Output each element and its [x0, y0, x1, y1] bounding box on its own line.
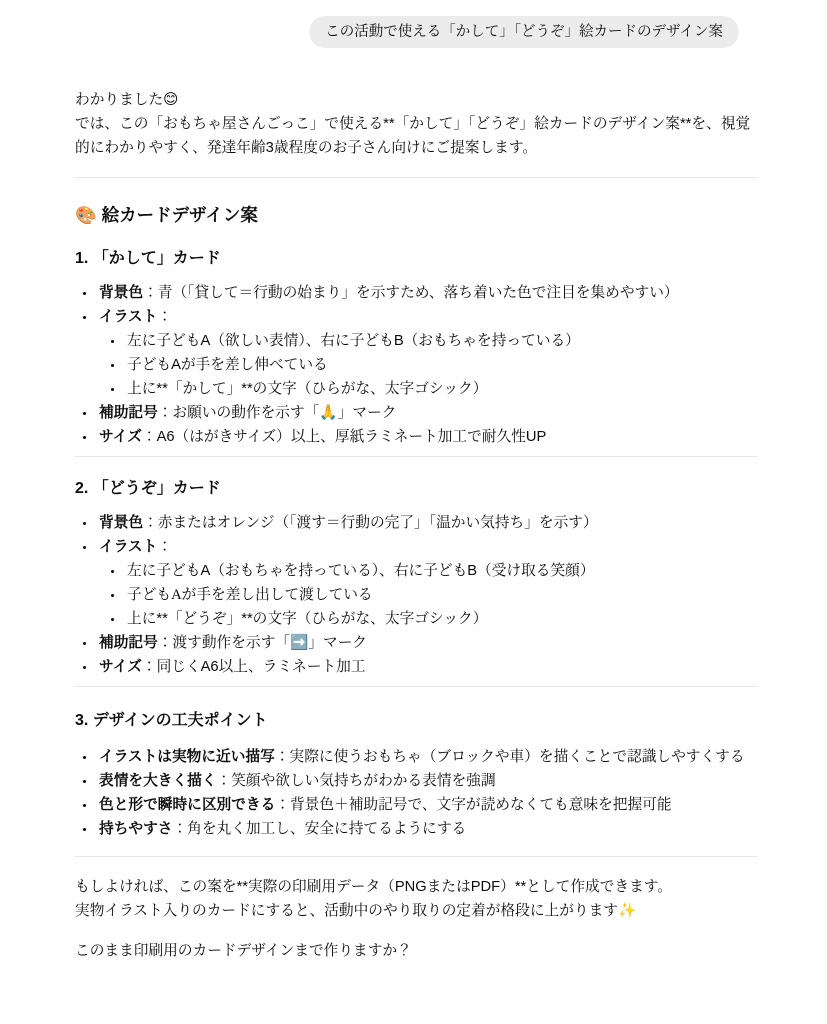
bullet-text: ：赤またはオレンジ（「渡す＝行動の完了」「温かい気持ち」を示す）	[143, 515, 598, 531]
list-item: 子どもAが手を差し伸べている	[124, 354, 757, 376]
bullet-text: ：渡す動作を示す「➡️」マーク	[158, 635, 367, 651]
list-item: 持ちやすさ：角を丸く加工し、安全に持てるようにする	[96, 818, 757, 840]
list-item: 補助記号：渡す動作を示す「➡️」マーク	[96, 632, 757, 654]
list-item: イラストは実物に近い描写：実際に使うおもちゃ（ブロックや車）を描くことで認識しや…	[96, 746, 757, 768]
bullet-text: ：笑顔や欲しい気持ちがわかる表情を強調	[217, 773, 496, 789]
intro-line-1: わかりました😊	[75, 92, 178, 108]
bullet-text: ：	[157, 539, 172, 555]
bullet-text: ：角を丸く加工し、安全に持てるようにする	[172, 821, 466, 837]
bullet-text: ：同じくA6以上、ラミネート加工	[142, 659, 366, 675]
chat-conversation-page: この活動で使える「かして」「どうぞ」絵カードのデザイン案 わかりました😊 では、…	[0, 0, 827, 1024]
bullet-label: 色と形で瞬時に区別できる	[99, 797, 275, 813]
section-2-heading: 2. 「どうぞ」カード	[75, 477, 757, 500]
divider	[75, 456, 757, 457]
closing-question: このまま印刷用のカードデザインまで作りますか？	[75, 939, 757, 963]
list-item: 子どもAが手を差し出して渡している	[124, 584, 757, 606]
list-item: 背景色：赤またはオレンジ（「渡す＝行動の完了」「温かい気持ち」を示す）	[96, 512, 757, 534]
bullet-text: ：実際に使うおもちゃ（ブロックや車）を描くことで認識しやすくする	[275, 749, 745, 765]
closing-line-1: もしよければ、この案を**実際の印刷用データ（PNGまたはPDF）**として作成…	[75, 879, 672, 895]
bullet-label: サイズ	[99, 429, 142, 445]
list-item: 補助記号：お願いの動作を示す「🙏」マーク	[96, 402, 757, 424]
bullet-label: イラスト	[99, 309, 157, 325]
assistant-message: わかりました😊 では、この「おもちゃ屋さんごっこ」で使える**「かして」「どうぞ…	[75, 88, 757, 963]
closing-paragraph: もしよければ、この案を**実際の印刷用データ（PNGまたはPDF）**として作成…	[75, 875, 757, 923]
intro-paragraph: わかりました😊 では、この「おもちゃ屋さんごっこ」で使える**「かして」「どうぞ…	[75, 88, 757, 160]
closing-line-2: 実物イラスト入りのカードにすると、活動中のやり取りの定着が格段に上がります✨	[75, 903, 636, 919]
divider	[75, 177, 757, 178]
divider	[75, 856, 757, 857]
user-message-bubble: この活動で使える「かして」「どうぞ」絵カードのデザイン案	[309, 16, 739, 48]
list-item: 表情を大きく描く：笑顔や欲しい気持ちがわかる表情を強調	[96, 770, 757, 792]
bullet-text: ：A6（はがきサイズ）以上、厚紙ラミネート加工で耐久性UP	[142, 429, 546, 445]
bullet-label: 表情を大きく描く	[99, 773, 217, 789]
section-1-heading: 1. 「かして」カード	[75, 247, 757, 270]
divider	[75, 686, 757, 687]
bullet-text: ：青（「貸して＝行動の始まり」を示すため、落ち着いた色で注目を集めやすい）	[143, 285, 679, 301]
list-item: 上に**「どうぞ」**の文字（ひらがな、太字ゴシック）	[124, 608, 757, 630]
section-1-list: 背景色：青（「貸して＝行動の始まり」を示すため、落ち着いた色で注目を集めやすい）…	[75, 282, 757, 448]
list-item: サイズ：A6（はがきサイズ）以上、厚紙ラミネート加工で耐久性UP	[96, 426, 757, 448]
bullet-label: 背景色	[99, 515, 143, 531]
list-item: 左に子どもA（おもちゃを持っている）、右に子どもB（受け取る笑顔）	[124, 560, 757, 582]
section-3-heading: 3. デザインの工夫ポイント	[75, 709, 757, 732]
list-item: イラスト： 左に子どもA（おもちゃを持っている）、右に子どもB（受け取る笑顔） …	[96, 536, 757, 630]
bullet-text: ：お願いの動作を示す「🙏」マーク	[158, 405, 397, 421]
bullet-text: ：背景色＋補助記号で、文字が読めなくても意味を把握可能	[275, 797, 671, 813]
bullet-label: 補助記号	[99, 405, 158, 421]
bullet-text: ：	[157, 309, 172, 325]
section-2-list: 背景色：赤またはオレンジ（「渡す＝行動の完了」「温かい気持ち」を示す） イラスト…	[75, 512, 757, 678]
section-2-sublist: 左に子どもA（おもちゃを持っている）、右に子どもB（受け取る笑顔） 子どもAが手…	[99, 560, 757, 630]
list-item: 上に**「かして」**の文字（ひらがな、太字ゴシック）	[124, 378, 757, 400]
bullet-label: イラスト	[99, 539, 157, 555]
section-1-sublist: 左に子どもA（欲しい表情）、右に子どもB（おもちゃを持っている） 子どもAが手を…	[99, 330, 757, 400]
main-heading: 🎨 絵カードデザイン案	[75, 204, 757, 227]
bullet-label: 背景色	[99, 285, 143, 301]
bullet-label: サイズ	[99, 659, 142, 675]
user-message-row: この活動で使える「かして」「どうぞ」絵カードのデザイン案	[0, 0, 827, 48]
list-item: 左に子どもA（欲しい表情）、右に子どもB（おもちゃを持っている）	[124, 330, 757, 352]
section-3-list: イラストは実物に近い描写：実際に使うおもちゃ（ブロックや車）を描くことで認識しや…	[75, 746, 757, 840]
bullet-label: 補助記号	[99, 635, 158, 651]
list-item: イラスト： 左に子どもA（欲しい表情）、右に子どもB（おもちゃを持っている） 子…	[96, 306, 757, 400]
intro-line-2: では、この「おもちゃ屋さんごっこ」で使える**「かして」「どうぞ」絵カードのデザ…	[75, 116, 750, 156]
bullet-label: 持ちやすさ	[99, 821, 172, 837]
bullet-label: イラストは実物に近い描写	[99, 749, 275, 765]
list-item: 色と形で瞬時に区別できる：背景色＋補助記号で、文字が読めなくても意味を把握可能	[96, 794, 757, 816]
list-item: 背景色：青（「貸して＝行動の始まり」を示すため、落ち着いた色で注目を集めやすい）	[96, 282, 757, 304]
list-item: サイズ：同じくA6以上、ラミネート加工	[96, 656, 757, 678]
